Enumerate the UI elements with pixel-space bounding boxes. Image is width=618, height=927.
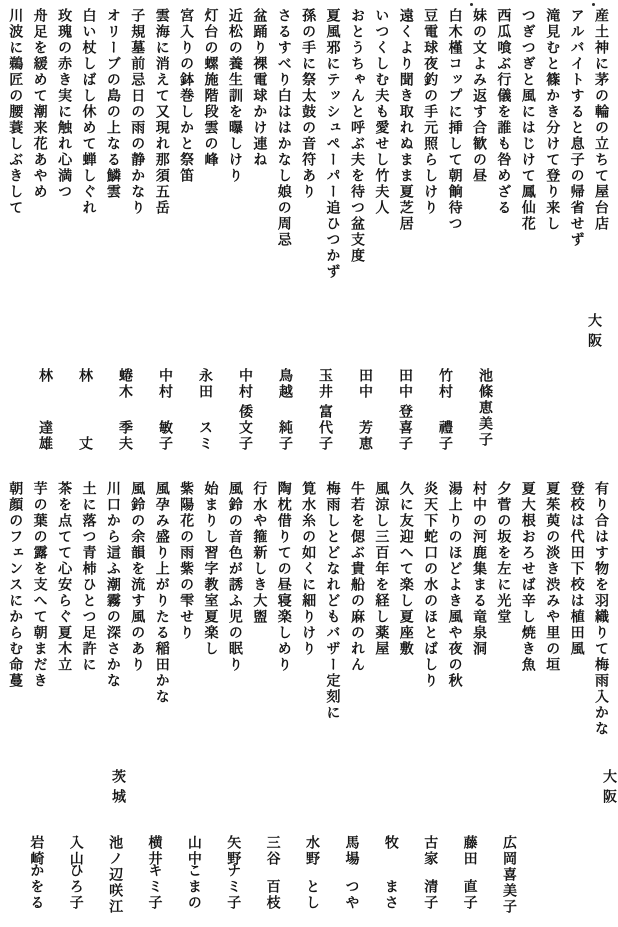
haiku-line: 孫の手に祭太鼓の音符あり — [295, 8, 319, 300]
author-given-name: 純子 — [264, 420, 304, 452]
haiku-line: 牛若を偲ぶ貴船の麻のれん — [344, 481, 368, 773]
haiku-line: 湯上りのほどよき風や夜の秋 — [441, 481, 465, 773]
haiku-line: 宮入りの鉢巻しかと祭笛 — [173, 8, 197, 300]
author-given-name: 富代子 — [304, 404, 344, 452]
prefecture-label-lower-ibaraki: 茨城 — [109, 769, 125, 809]
haiku-line: さるすべり白ははかなし娘の周忌 — [270, 8, 294, 300]
author-family-name: 玉井 — [304, 368, 344, 400]
haiku-line: 梅雨しとどなれどもバザー定刻に — [319, 481, 343, 773]
author-family-name: 蜷木 — [104, 368, 144, 400]
author-name: 広岡喜美子 — [489, 835, 528, 911]
haiku-line: 川波に鵜匠の腰蓑しぶきして — [2, 8, 26, 300]
author-given-name: 倭文子 — [224, 404, 264, 452]
author-given-name: 敏子 — [144, 420, 184, 452]
author-name: 永田スミ — [184, 368, 224, 452]
author-name: 鳥越純子 — [264, 368, 304, 452]
author-family-name: 古家 — [410, 835, 449, 867]
haiku-line: 子規墓前忌日の雨の静かなり — [124, 8, 148, 300]
haiku-line: いつくしむ夫も愛せし竹夫人 — [368, 8, 392, 300]
author-family-name: 池ノ辺咲江 — [95, 835, 134, 915]
author-given-name: 登喜子 — [384, 404, 424, 452]
author-name: 中村敏子 — [144, 368, 184, 452]
author-given-name: 禮子 — [424, 420, 464, 452]
author-name: 中村倭文子 — [224, 368, 264, 452]
haiku-line: 西瓜喰ぶ行儀を誰も咎めざる — [490, 8, 514, 300]
author-name: 蜷木季夫 — [104, 368, 144, 452]
authors-block-lower: 広岡喜美子藤田直子古家清子牧まさ馬場つや水野とし三谷百枝矢野ナミ子山中こまの横井… — [16, 835, 528, 911]
author-family-name: 広岡喜美子 — [489, 835, 528, 915]
haiku-line: 紫陽花の雨紫の雫せり — [173, 481, 197, 773]
scan-speck — [592, 3, 595, 6]
haiku-line: 舟足を緩めて潮来花あやめ — [26, 8, 50, 300]
haiku-line: 白い杖しばし休めて蝉しぐれ — [75, 8, 99, 300]
scanned-haiku-page: 産土神に茅の輪の立ちて屋台店アルバイトすると息子の帰省せず滝見むと篠かき分けて登… — [0, 0, 618, 927]
author-family-name: 林 — [64, 368, 104, 384]
haiku-line: 茶を点てて心安らぐ夏木立 — [51, 481, 75, 773]
haiku-line: 風孕み盛り上がりたる稲田かな — [148, 481, 172, 773]
author-given-name: 達雄 — [24, 420, 64, 452]
haiku-line: オリーブの島の上なる鱗雲 — [99, 8, 123, 300]
haiku-line: 行水や箍新しき大盥 — [246, 481, 270, 773]
haiku-line: 滝見むと篠かき分けて登り来し — [539, 8, 563, 300]
author-given-name: ナミ子 — [213, 863, 252, 911]
author-given-name: 季夫 — [104, 420, 144, 452]
scan-speck — [470, 3, 473, 6]
author-name: 矢野ナミ子 — [213, 835, 252, 911]
haiku-line: 炎天下蛇口の水のほとばしり — [417, 481, 441, 773]
author-given-name: 丈 — [64, 436, 104, 452]
haiku-line: 玫瑰の赤き実に触れ心満つ — [51, 8, 75, 300]
haiku-line: 遠くより聞き取れぬまま夏芝居 — [392, 8, 416, 300]
prefecture-label-upper: 大阪 — [585, 313, 601, 353]
author-given-name: キミ子 — [134, 863, 173, 911]
author-given-name: かをる — [16, 863, 55, 911]
author-name: 林丈 — [64, 368, 104, 452]
author-given-name: 清子 — [410, 879, 449, 911]
haiku-line: おとうちゃんと呼ぶ夫を待つ盆支度 — [344, 8, 368, 300]
author-name: 牧まさ — [370, 835, 409, 911]
haiku-line: 風鈴の音色が誘ふ児の眠り — [222, 481, 246, 773]
author-name: 入山ひろ子 — [55, 835, 94, 911]
prefecture-label-lower-osaka: 大阪 — [600, 769, 616, 809]
haiku-line: 産土神に茅の輪の立ちて屋台店 — [588, 8, 612, 300]
author-given-name: つや — [331, 879, 370, 911]
haiku-line: 灯台の螺施階段雲の峰 — [197, 8, 221, 300]
author-name: 池條恵美子 — [464, 368, 504, 452]
author-given-name: とし — [292, 879, 331, 911]
author-family-name: 竹村 — [424, 368, 464, 400]
author-name: 横井キミ子 — [134, 835, 173, 911]
haiku-line: アルバイトすると息子の帰省せず — [563, 8, 587, 300]
haiku-line: 始まりし習字教室夏楽し — [197, 481, 221, 773]
author-name: 藤田直子 — [449, 835, 488, 911]
author-family-name: 藤田 — [449, 835, 488, 867]
author-given-name: ひろ子 — [55, 863, 94, 911]
author-name: 田中登喜子 — [384, 368, 424, 452]
author-name: 田中芳恵 — [344, 368, 384, 452]
haiku-line: 陶枕借りての昼寝楽しめり — [270, 481, 294, 773]
haiku-line: 久に友迎へて楽し夏座敷 — [392, 481, 416, 773]
author-name: 古家清子 — [410, 835, 449, 911]
haiku-line: 妹の文よみ返す合歓の昼 — [466, 8, 490, 300]
haiku-line: 豆電球夜釣の手元照らしけり — [417, 8, 441, 300]
author-family-name: 永田 — [184, 368, 224, 400]
haiku-line: 川口から這ふ潮霧の深さかな — [99, 481, 123, 773]
author-family-name: 田中 — [384, 368, 424, 400]
haiku-block-upper: 産土神に茅の輪の立ちて屋台店アルバイトすると息子の帰省せず滝見むと篠かき分けて登… — [2, 8, 612, 300]
haiku-line: 朝顔のフェンスにからむ命蔓 — [2, 481, 26, 773]
author-name: 池ノ辺咲江 — [95, 835, 134, 911]
author-name: 馬場つや — [331, 835, 370, 911]
author-given-name: 芳恵 — [344, 420, 384, 452]
author-given-name: 百枝 — [252, 879, 291, 911]
haiku-line: 風涼し三百年を経し薬屋 — [368, 481, 392, 773]
author-given-name: スミ — [184, 420, 224, 452]
author-name: 山中こまの — [173, 835, 212, 911]
author-family-name: 中村 — [144, 368, 184, 400]
haiku-line: 筧水糸の如くに細りけり — [295, 481, 319, 773]
author-family-name: 馬場 — [331, 835, 370, 867]
haiku-block-lower: 有り合はす物を羽織りて梅雨入かな登校は代田下校は植田風夏茱萸の淡き渋みや里の垣夏… — [2, 481, 612, 773]
haiku-line: 雲海に消えて又現れ那須五岳 — [148, 8, 172, 300]
author-family-name: 牧 — [370, 835, 409, 851]
author-family-name: 田中 — [344, 368, 384, 400]
haiku-line: 夏大根おろせば辛し焼き魚 — [514, 481, 538, 773]
haiku-line: 風鈴の余韻を流す風のあり — [124, 481, 148, 773]
author-family-name: 鳥越 — [264, 368, 304, 400]
haiku-line: 夏風邪にテッシュペーパー追ひつかず — [319, 8, 343, 300]
author-name: 水野とし — [292, 835, 331, 911]
haiku-line: 登校は代田下校は植田風 — [563, 481, 587, 773]
haiku-line: 近松の養生訓を曝しけり — [222, 8, 246, 300]
authors-block-upper: 池條恵美子竹村禮子田中登喜子田中芳恵玉井富代子鳥越純子中村倭文子永田スミ中村敏子… — [24, 368, 504, 452]
author-family-name: 池條恵美子 — [464, 368, 504, 448]
author-name: 林達雄 — [24, 368, 64, 452]
haiku-line: 夕菅の坂を左に光堂 — [490, 481, 514, 773]
author-name: 岩崎かをる — [16, 835, 55, 911]
author-family-name: 林 — [24, 368, 64, 384]
author-family-name: 中村 — [224, 368, 264, 400]
haiku-line: 村中の河鹿集まる竜泉洞 — [466, 481, 490, 773]
haiku-line: つぎつぎと風にはじけて鳳仙花 — [514, 8, 538, 300]
haiku-line: 白木槿コップに挿して朝餉待つ — [441, 8, 465, 300]
author-family-name: 三谷 — [252, 835, 291, 867]
author-family-name: 水野 — [292, 835, 331, 867]
author-name: 三谷百枝 — [252, 835, 291, 911]
author-given-name: こまの — [173, 863, 212, 911]
author-name: 竹村禮子 — [424, 368, 464, 452]
haiku-line: 有り合はす物を羽織りて梅雨入かな — [588, 481, 612, 773]
author-given-name: 直子 — [449, 879, 488, 911]
haiku-line: 盆踊り裸電球かけ連ね — [246, 8, 270, 300]
author-name: 玉井富代子 — [304, 368, 344, 452]
haiku-line: 芋の葉の露を支へて朝まだき — [26, 481, 50, 773]
haiku-line: 土に落つ青柿ひとつ足許に — [75, 481, 99, 773]
haiku-line: 夏茱萸の淡き渋みや里の垣 — [539, 481, 563, 773]
author-given-name: まさ — [370, 879, 409, 911]
